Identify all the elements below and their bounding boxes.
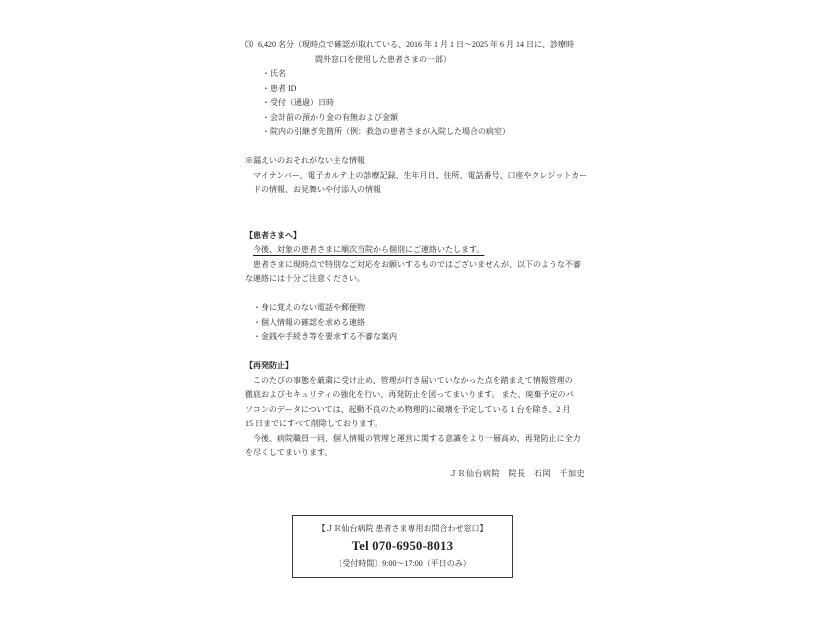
contact-box: 【ＪＲ仙台病院 患者さま専用お問合わせ窓口】 Tel 070-6950-8013… (292, 515, 513, 578)
prevention-para2-line1: 今後、病院職員一同、個人情報の管理と運営に関する意識をより一層高め、再発防止に全… (245, 432, 585, 447)
item3-bullet-deposit: ・会計前の預かり金の有無および金額 (245, 111, 585, 126)
caution-bullet-personal-info: ・個人情報の確認を求める連絡 (245, 316, 585, 331)
no-leak-note-line2: ドの情報、お見舞いや付添人の情報 (245, 183, 585, 198)
contact-hours: 〔受付時間〕9:00～17:00（平日のみ） (293, 559, 512, 569)
item3-line1-text: 6,420 名分（現時点で確認が取れている、2016 年 1 月 1 日～202… (258, 40, 574, 49)
signature-director: ＪＲ仙台病院 院長 石岡 千加史 (245, 467, 585, 482)
notice-body: ⑶6,420 名分（現時点で確認が取れている、2016 年 1 月 1 日～20… (245, 38, 585, 481)
prevention-heading: 【再発防止】 (245, 359, 585, 374)
item3-line2: 間外窓口を使用した患者さまの一部） (245, 53, 585, 68)
to-patients-para-line1: 患者さまに現時点で特別なご対応をお願いするものではございませんが、以下のような不… (245, 258, 585, 273)
contact-phone-number: Tel 070-6950-8013 (293, 539, 512, 553)
no-leak-note-heading: ※漏えいのおそれがない主な情報 (245, 154, 585, 169)
prevention-para1-line4: 15 日までにすべて削除しております。 (245, 417, 585, 432)
to-patients-underlined-line: 今後、対象の患者さまに順次当院から個別にご連絡いたします。 (245, 243, 585, 258)
prevention-para2-line2: を尽くしてまいります。 (245, 446, 585, 461)
document-page: { "page": { "background": "#ffffff", "te… (0, 0, 826, 620)
prevention-para1-line1: このたびの事態を厳粛に受け止め、管理が行き届いていなかった点を踏まえて情報管理の (245, 374, 585, 389)
item3-bullet-name: ・氏名 (245, 67, 585, 82)
caution-bullet-phone-mail: ・身に覚えのない電話や郵便物 (245, 301, 585, 316)
caution-bullet-money-request: ・金銭や手続き等を要求する不審な案内 (245, 330, 585, 345)
prevention-para1-line2: 徹底およびセキュリティの強化を行い、再発防止を図ってまいります。 また、廃棄予定… (245, 388, 585, 403)
to-patients-para-line2: な連絡には十分ご注意ください。 (245, 272, 585, 287)
item3-bullet-reception-time: ・受付（通過）日時 (245, 96, 585, 111)
contact-box-title: 【ＪＲ仙台病院 患者さま専用お問合わせ窓口】 (293, 524, 512, 534)
no-leak-note-line1: マイナンバー、電子カルテ上の診療記録、生年月日、住所、電話番号、口座やクレジット… (245, 169, 585, 184)
item3-bullet-handover: ・院内の引継ぎ先箇所（例：救急の患者さまが入院した場合の病室） (245, 125, 585, 140)
prevention-para1-line3: ソコンのデータについては、起動不良のため物理的に破壊を予定している 1 台を除き… (245, 403, 585, 418)
to-patients-heading: 【患者さまへ】 (245, 229, 585, 244)
item3-marker: ⑶ (245, 40, 253, 49)
underlined-sentence: 今後、対象の患者さまに順次当院から個別にご連絡いたします。 (253, 245, 484, 254)
item3-line1: ⑶6,420 名分（現時点で確認が取れている、2016 年 1 月 1 日～20… (245, 38, 585, 53)
item3-bullet-patient-id: ・患者 ID (245, 82, 585, 97)
